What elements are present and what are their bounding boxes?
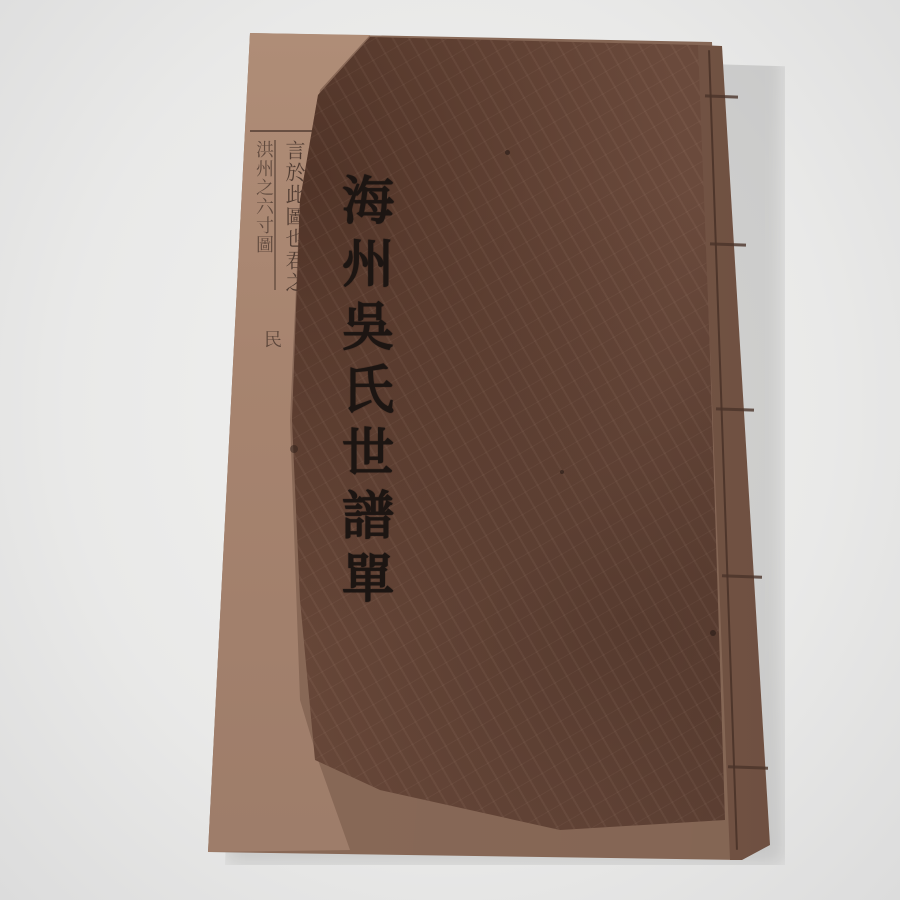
printed-text-column-2: 洪州之六寸圖 [250, 140, 276, 254]
title-char: 譜 [342, 485, 394, 548]
title-char: 世 [342, 422, 394, 485]
printed-text-column-3: 民 [258, 330, 284, 348]
printed-border-line [250, 130, 312, 132]
ink-stain [710, 630, 716, 636]
title-char: 海 [342, 170, 394, 233]
ink-stain [290, 445, 298, 453]
ink-stain [560, 470, 564, 474]
title-char: 吳 [342, 296, 394, 359]
title-char: 氏 [342, 359, 394, 422]
ink-stain [505, 150, 510, 155]
title-char: 州 [342, 233, 394, 296]
cover-title: 海 州 吳 氏 世 譜 單 [318, 170, 418, 630]
book-photo: 言於此圖也君之 洪州之六寸圖 民 海 州 吳 氏 世 譜 單 [0, 0, 900, 900]
title-char: 單 [342, 548, 394, 611]
